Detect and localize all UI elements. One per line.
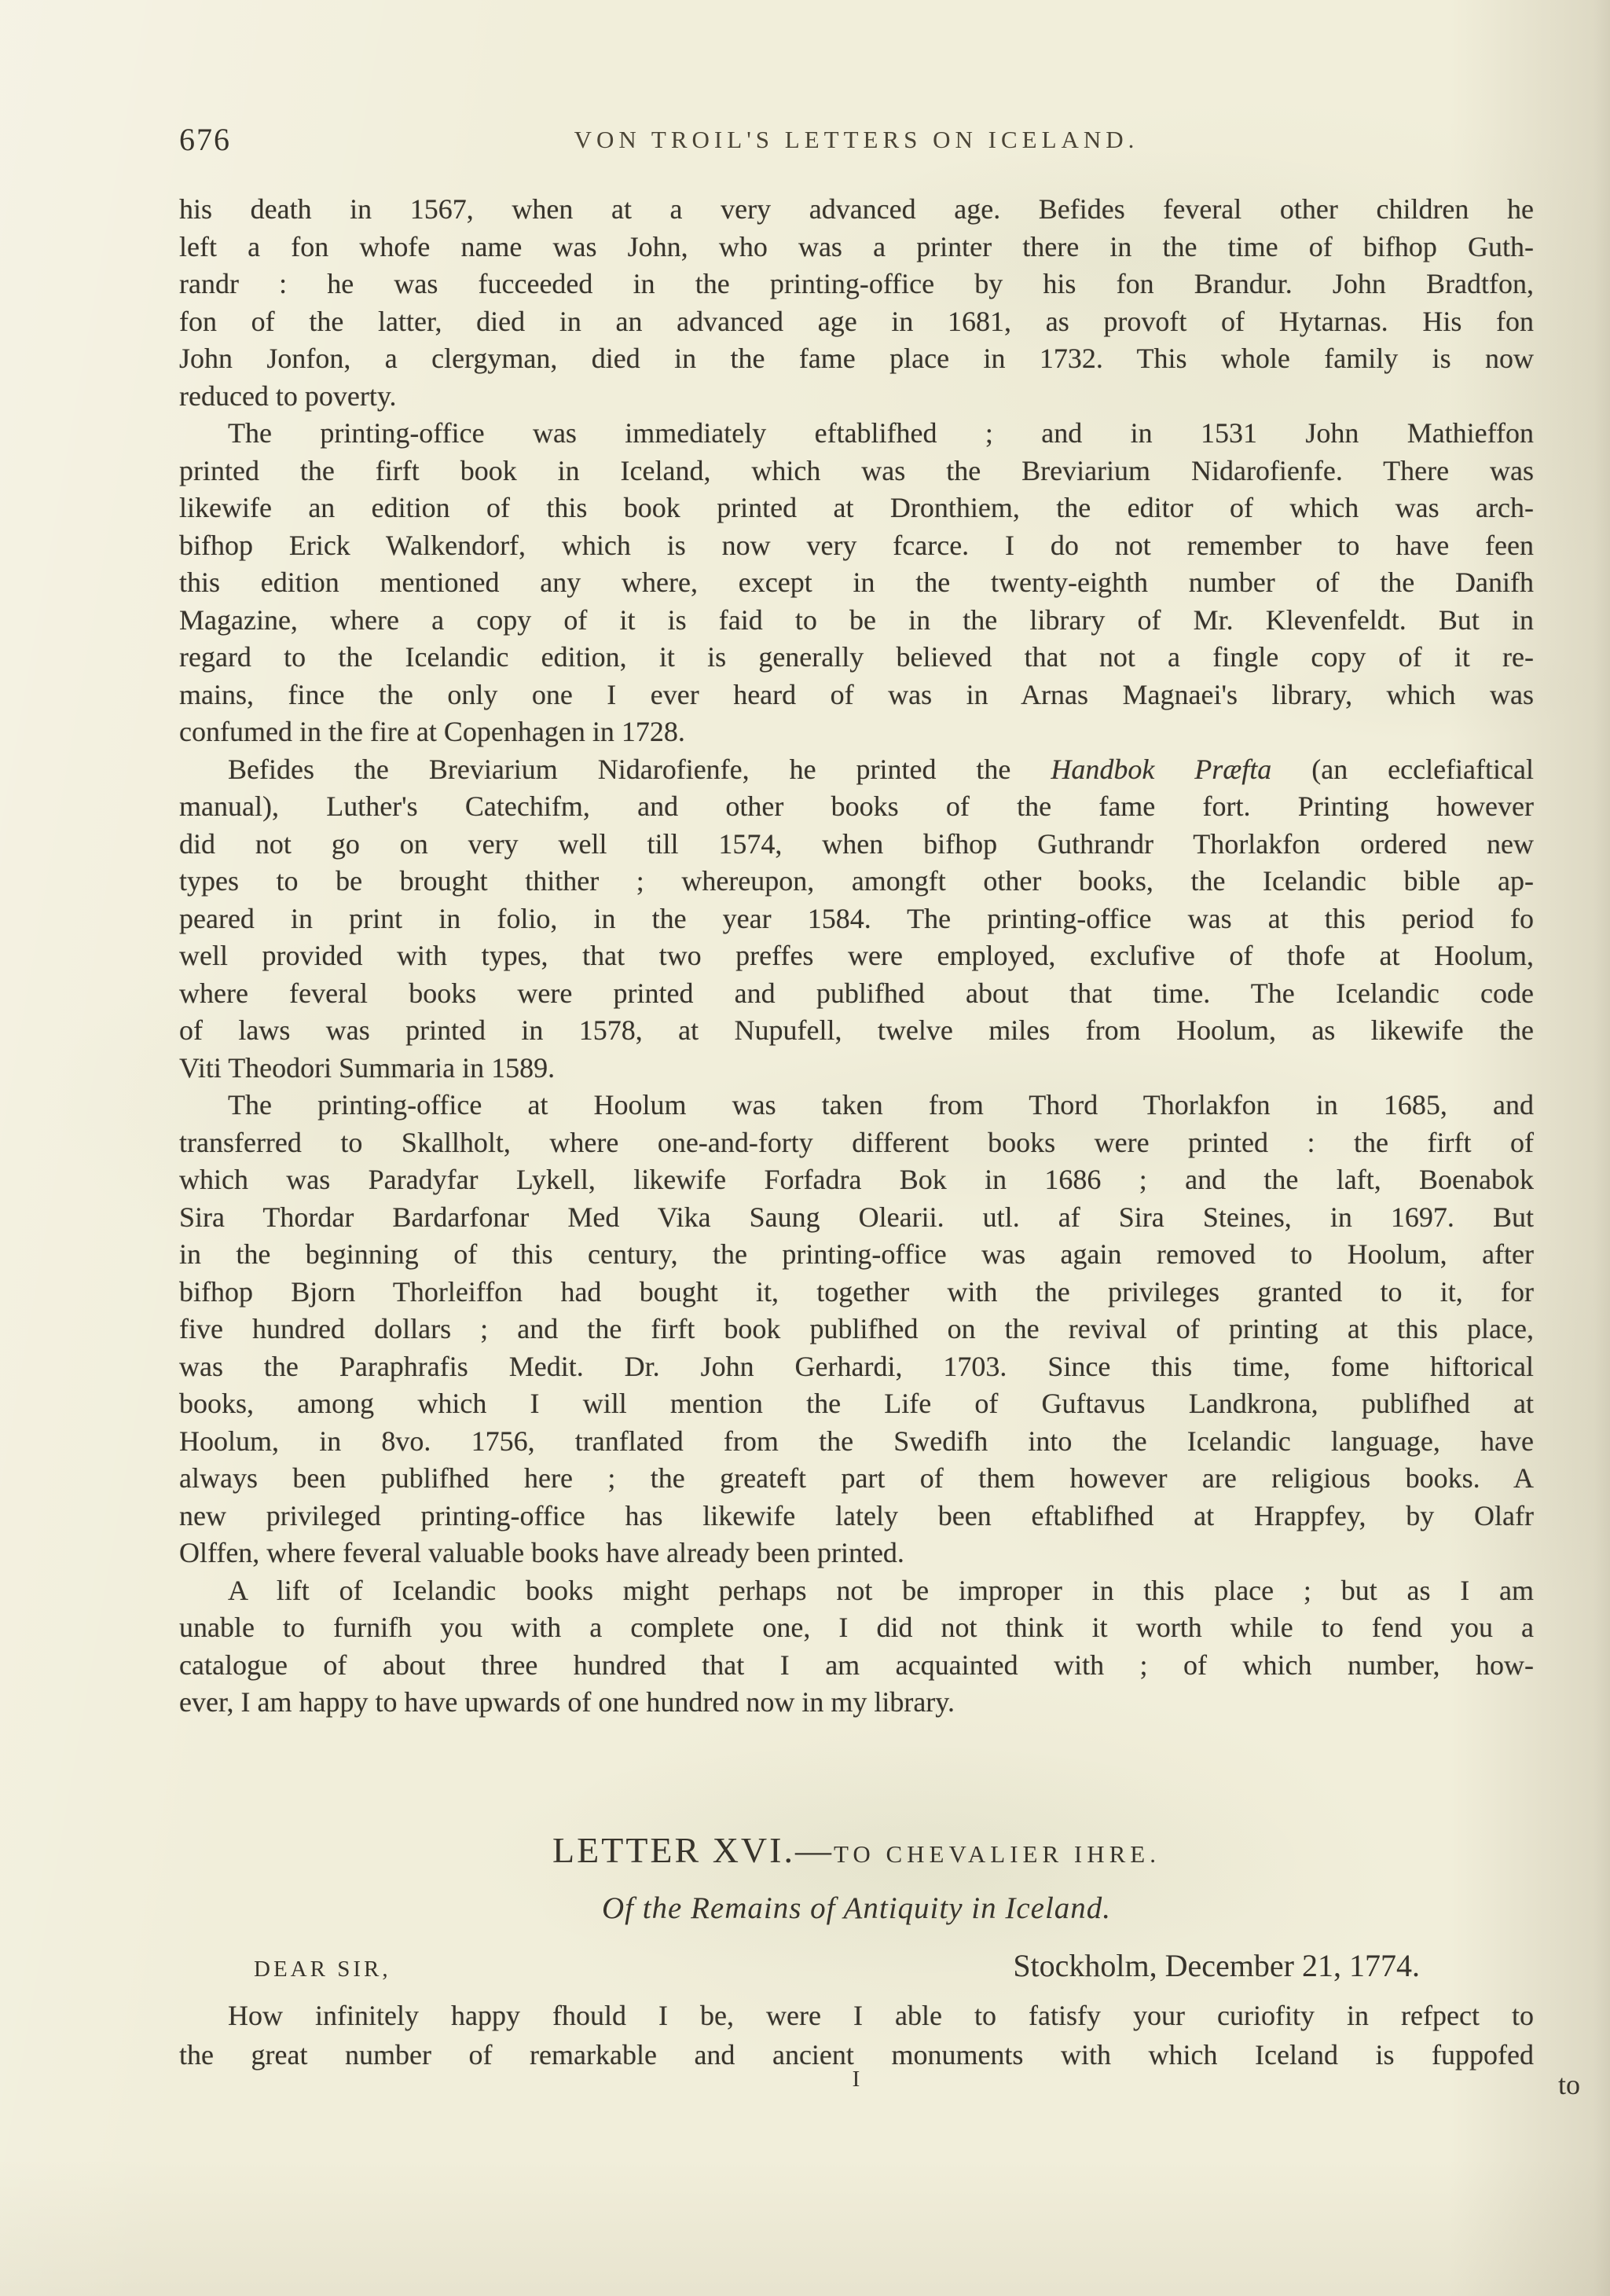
- page-header: 676 VON TROIL'S LETTERS ON ICELAND.: [179, 116, 1534, 163]
- text-line: confumed in the fire at Copenhagen in 17…: [179, 713, 1534, 751]
- text-line: ever, I am happy to have upwards of one …: [179, 1684, 1534, 1722]
- text-line: Befides the Breviarium Nidarofienfe, he …: [179, 751, 1534, 789]
- text-line: did not go on very well till 1574, when …: [179, 826, 1534, 864]
- page-number: 676: [179, 121, 231, 158]
- letter-paragraph: How infinitely happy fhould I be, were I…: [179, 1996, 1534, 2074]
- running-title: VON TROIL'S LETTERS ON ICELAND.: [574, 126, 1139, 154]
- text-line: printed the firft book in Iceland, which…: [179, 453, 1534, 490]
- text-line: was the Paraphrafis Medit. Dr. John Gerh…: [179, 1348, 1534, 1386]
- text-line: catalogue of about three hundred that I …: [179, 1647, 1534, 1685]
- paragraph: How infinitely happy fhould I be, were I…: [179, 1996, 1534, 2074]
- text-line: left a fon whofe name was John, who was …: [179, 229, 1534, 266]
- catchword: to: [1558, 2068, 1580, 2101]
- salutation: DEAR SIR,: [254, 1957, 391, 1982]
- paragraph: A lift of Icelandic books might perhaps …: [179, 1572, 1534, 1722]
- text-line: of laws was printed in 1578, at Nupufell…: [179, 1012, 1534, 1050]
- dateline: Stockholm, December 21, 1774.: [1013, 1947, 1420, 1984]
- paragraph: his death in 1567, when at a very advanc…: [179, 191, 1534, 415]
- signature-row: I: [179, 2067, 1534, 2092]
- text-line: bifhop Bjorn Thorleiffon had bought it, …: [179, 1274, 1534, 1311]
- text-line: new privileged printing-office has likew…: [179, 1498, 1534, 1535]
- text-line: Magazine, where a copy of it is faid to …: [179, 602, 1534, 640]
- text-line: which was Paradyfar Lykell, likewife For…: [179, 1161, 1534, 1199]
- text-line: regard to the Icelandic edition, it is g…: [179, 639, 1534, 677]
- text-line: mains, fince the only one I ever heard o…: [179, 677, 1534, 714]
- text-line: likewife an edition of this book printed…: [179, 490, 1534, 527]
- text-line: this edition mentioned any where, except…: [179, 564, 1534, 602]
- text-line: unable to furnifh you with a complete on…: [179, 1609, 1534, 1647]
- text-line: types to be brought thither ; whereupon,…: [179, 863, 1534, 900]
- paragraph: The printing-office was immediately efta…: [179, 415, 1534, 751]
- paragraph: Befides the Breviarium Nidarofienfe, he …: [179, 751, 1534, 1087]
- signature-mark: I: [853, 2067, 861, 2092]
- text-line: The printing-office at Hoolum was taken …: [179, 1087, 1534, 1124]
- salutation-row: DEAR SIR, Stockholm, December 21, 1774.: [179, 1947, 1534, 1994]
- text-line: fon of the latter, died in an advanced a…: [179, 303, 1534, 341]
- letter-heading-number: LETTER XVI.—: [552, 1830, 834, 1870]
- text-line: A lift of Icelandic books might perhaps …: [179, 1572, 1534, 1610]
- text-line: manual), Luther's Catechifm, and other b…: [179, 788, 1534, 826]
- body-text: his death in 1567, when at a very advanc…: [179, 191, 1534, 1722]
- text-line: peared in print in folio, in the year 15…: [179, 900, 1534, 938]
- text-line: where feveral books were printed and pub…: [179, 975, 1534, 1013]
- text-line: How infinitely happy fhould I be, were I…: [179, 1996, 1534, 2035]
- text-line: transferred to Skallholt, where one-and-…: [179, 1124, 1534, 1162]
- text-line: bifhop Erick Walkendorf, which is now ve…: [179, 527, 1534, 565]
- paragraph: The printing-office at Hoolum was taken …: [179, 1087, 1534, 1572]
- text-line: Sira Thordar Bardarfonar Med Vika Saung …: [179, 1199, 1534, 1237]
- text-line: always been publifhed here ; the greatef…: [179, 1460, 1534, 1498]
- text-line: randr : he was fucceeded in the printing…: [179, 266, 1534, 303]
- text-line: reduced to poverty.: [179, 378, 1534, 416]
- text-line: books, among which I will mention the Li…: [179, 1385, 1534, 1423]
- text-line: well provided with types, that two preff…: [179, 937, 1534, 975]
- text-line: five hundred dollars ; and the firft boo…: [179, 1311, 1534, 1348]
- text-line: in the beginning of this century, the pr…: [179, 1236, 1534, 1274]
- text-line: his death in 1567, when at a very advanc…: [179, 191, 1534, 229]
- text-line: Viti Theodori Summaria in 1589.: [179, 1050, 1534, 1087]
- text-line: Olffen, where feveral valuable books hav…: [179, 1535, 1534, 1572]
- text-line: The printing-office was immediately efta…: [179, 415, 1534, 453]
- text-line: John Jonfon, a clergyman, died in the fa…: [179, 340, 1534, 378]
- letter-heading-addressee: TO CHEVALIER IHRE.: [834, 1840, 1161, 1868]
- book-page: 676 VON TROIL'S LETTERS ON ICELAND. his …: [0, 0, 1610, 2296]
- letter-subtitle: Of the Remains of Antiquity in Iceland.: [179, 1891, 1534, 1926]
- text-line: Hoolum, in 8vo. 1756, tranflated from th…: [179, 1423, 1534, 1461]
- letter-heading: LETTER XVI.—TO CHEVALIER IHRE.: [179, 1829, 1534, 1871]
